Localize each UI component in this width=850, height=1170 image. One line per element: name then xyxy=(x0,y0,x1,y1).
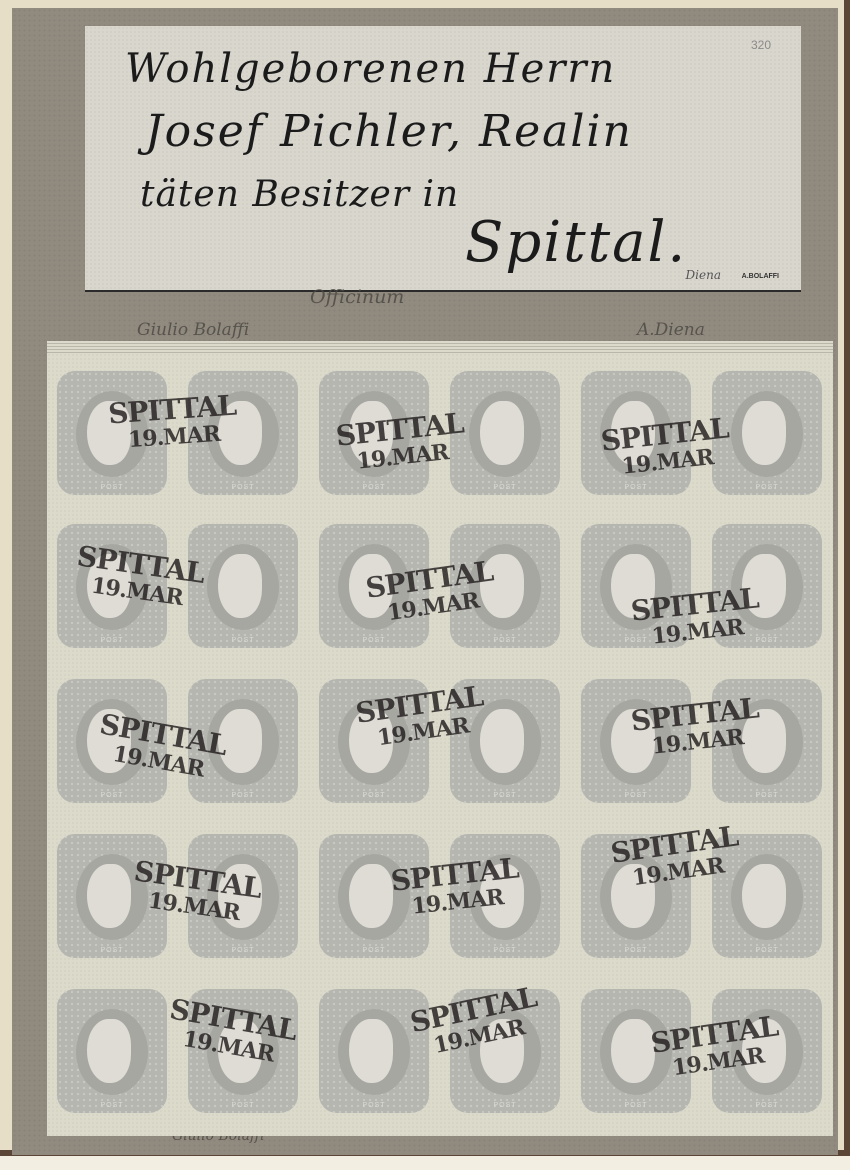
stamp-inscription: POST xyxy=(450,792,560,799)
scanner-edge-right xyxy=(844,0,850,1170)
stamp: POST xyxy=(188,524,298,648)
expert-mark: A.BOLAFFI xyxy=(742,273,779,280)
address-line-2: Josef Pichler, Realin xyxy=(145,106,633,157)
stamp-inscription: POST xyxy=(57,1102,167,1109)
stamp-inscription: POST xyxy=(188,484,298,491)
stamp-inscription: POST xyxy=(712,792,822,799)
stamp-inscription: POST xyxy=(319,792,429,799)
portrait-icon xyxy=(742,864,786,928)
stamp-inscription: POST xyxy=(450,1102,560,1109)
address-line-1: Wohlgeborenen Herrn xyxy=(125,46,616,92)
stamp-inscription: POST xyxy=(581,792,691,799)
pencil-note-top-right: A.Diena xyxy=(637,320,705,340)
pencil-note-top-center: Officinum xyxy=(310,286,404,308)
stamp-inscription: POST xyxy=(57,637,167,644)
portrait-icon xyxy=(87,864,131,928)
address-line-3: täten Besitzer in xyxy=(140,174,459,215)
portrait-icon xyxy=(480,401,524,465)
stamp-inscription: POST xyxy=(57,947,167,954)
postmark-cancellation: SPITTAL19.MAR xyxy=(107,392,238,453)
sheet-margin-lines xyxy=(47,341,833,353)
stamp-inscription: POST xyxy=(188,947,298,954)
stamp-inscription: POST xyxy=(450,484,560,491)
stamp-inscription: POST xyxy=(712,484,822,491)
portrait-icon xyxy=(218,554,262,618)
stamp-block: POSTPOSTPOSTPOSTPOSTPOSTPOSTPOSTPOSTPOST… xyxy=(47,341,833,1136)
stamp-inscription: POST xyxy=(319,637,429,644)
stamp: POST xyxy=(450,371,560,495)
postmark-cancellation: SPITTAL19.MAR xyxy=(630,584,763,649)
stamp-inscription: POST xyxy=(712,1102,822,1109)
exhibit-card: Wohlgeborenen Herrn Josef Pichler, Reali… xyxy=(12,8,838,1155)
lot-number: 320 xyxy=(751,38,771,52)
postmark-cancellation: SPITTAL19.MAR xyxy=(600,414,733,479)
postmark-cancellation: SPITTAL19.MAR xyxy=(335,409,468,474)
stamp-inscription: POST xyxy=(319,947,429,954)
address-line-4: Spittal. xyxy=(465,210,687,275)
stamp-inscription: POST xyxy=(319,1102,429,1109)
stamp-inscription: POST xyxy=(188,792,298,799)
postmark-cancellation: SPITTAL19.MAR xyxy=(390,854,523,919)
portrait-icon xyxy=(349,864,393,928)
stamp-inscription: POST xyxy=(188,637,298,644)
stamp-inscription: POST xyxy=(581,1102,691,1109)
portrait-icon xyxy=(480,709,524,773)
stamp-inscription: POST xyxy=(450,637,560,644)
portrait-icon xyxy=(87,1019,131,1083)
portrait-icon xyxy=(742,401,786,465)
stamp-inscription: POST xyxy=(188,1102,298,1109)
stamp-inscription: POST xyxy=(57,484,167,491)
postmark-cancellation: SPITTAL19.MAR xyxy=(630,694,763,759)
stamp-inscription: POST xyxy=(712,947,822,954)
stamp: POST xyxy=(57,989,167,1113)
portrait-icon xyxy=(349,1019,393,1083)
stamp-inscription: POST xyxy=(57,792,167,799)
stamp-inscription: POST xyxy=(319,484,429,491)
address-label: Wohlgeborenen Herrn Josef Pichler, Reali… xyxy=(85,26,801,290)
stamp-inscription: POST xyxy=(581,484,691,491)
stamp-inscription: POST xyxy=(450,947,560,954)
expert-signature: Diena xyxy=(686,268,721,282)
stamp-inscription: POST xyxy=(581,947,691,954)
pencil-note-top-left: Giulio Bolaffi xyxy=(137,320,249,340)
